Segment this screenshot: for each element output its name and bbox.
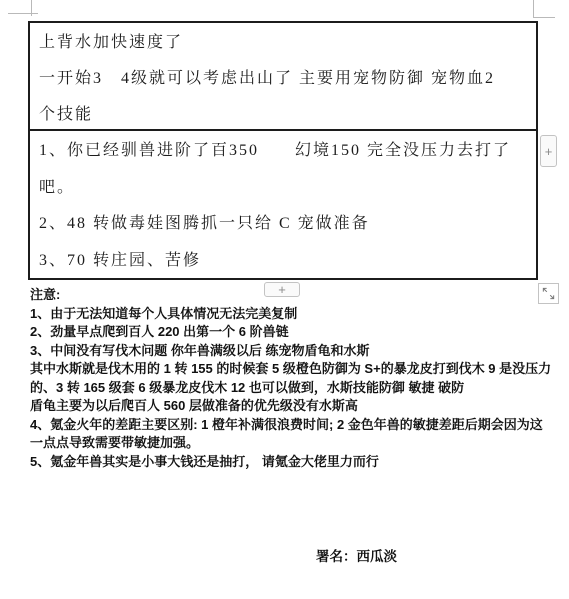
note-line: 3、中间没有写伐木问题 你年兽满级以后 练宠物盾龟和水斯 (30, 342, 564, 361)
note-line: 的、3 转 165 级套 6 级暴龙皮伐木 12 也可以做到，水斯技能防御 敏捷… (30, 379, 564, 398)
note-line: 4、氪金火年的差距主要区别: 1 橙年补满很浪费时间; 2 金色年兽的敏捷差距后… (30, 416, 564, 435)
note-line: 1、由于无法知道每个人具体情况无法完美复制 (30, 305, 564, 324)
table-cell-steps[interactable]: 1、你已经驯兽进阶了百350 幻境150 完全没压力去打了 吧。 2、48 转做… (30, 131, 536, 278)
note-line: 2、劲量早点爬到百人 220 出第一个 6 阶兽链 (30, 323, 564, 342)
margin-mark-top-right-horizontal (533, 17, 555, 18)
text-line: 上背水加快速度了 (39, 25, 528, 61)
plus-icon: + (545, 145, 553, 158)
margin-mark-top-right-vertical (533, 0, 534, 17)
signature: 署名：西瓜淡 (316, 545, 397, 565)
note-line: 5、氪金年兽其实是小事大钱还是抽打， 请氪金大佬里力而行 (30, 453, 564, 472)
text-line: 吧。 (39, 170, 528, 207)
text-line: 3、70 转庄园、苦修 (39, 243, 528, 278)
text-line: 1、你已经驯兽进阶了百350 幻境150 完全没压力去打了 (39, 133, 528, 170)
notes-section: 注意: 1、由于无法知道每个人具体情况无法完美复制 2、劲量早点爬到百人 220… (30, 286, 564, 471)
insert-column-button[interactable]: + (540, 135, 557, 167)
margin-mark-top-left-vertical (31, 0, 32, 16)
note-line: 其中水斯就是伐木用的 1 转 155 的时候套 5 级橙色防御为 S+的暴龙皮打… (30, 360, 564, 379)
text-line: 一开始3 4级就可以考虑出山了 主要用宠物防御 宠物血2 (39, 61, 528, 97)
table-cell-intro[interactable]: 上背水加快速度了 一开始3 4级就可以考虑出山了 主要用宠物防御 宠物血2 个技… (30, 23, 536, 131)
content-table: 上背水加快速度了 一开始3 4级就可以考虑出山了 主要用宠物防御 宠物血2 个技… (28, 21, 538, 280)
note-line: 一点点导致需要带敏捷加强。 (30, 434, 564, 453)
notes-heading: 注意: (30, 286, 564, 305)
text-line: 2、48 转做毒娃图腾抓一只给 C 宠做准备 (39, 206, 528, 243)
document-page: 上背水加快速度了 一开始3 4级就可以考虑出山了 主要用宠物防御 宠物血2 个技… (0, 0, 569, 599)
text-line: 个技能 (39, 97, 528, 131)
margin-mark-top-left-horizontal (8, 13, 38, 14)
note-line: 盾龟主要为以后爬百人 560 层做准备的优先级没有水斯高 (30, 397, 564, 416)
